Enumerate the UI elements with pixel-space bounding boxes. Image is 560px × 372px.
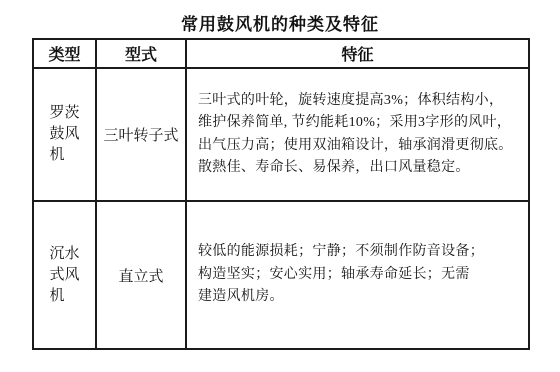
header-model: 型式 [96,39,186,68]
blower-features-text: 三叶式的叶轮，旋转速度提高3%；体积结构小， 维护保养简单, 节约能耗10%；采… [198,93,513,176]
cell-blower-type: 罗茨 鼓风 机 [33,68,96,201]
cell-blower-features: 三叶式的叶轮，旋转速度提高3%；体积结构小， 维护保养简单, 节约能耗10%；采… [186,68,529,201]
table-row-submersible-blower: 沉水 式风 机 直立式 较低的能源损耗；宁静；不须制作防音设备； 构造坚实；安心… [33,201,529,349]
blower-features-text: 较低的能源损耗；宁静；不须制作防音设备； 构造坚实；安心实用；轴承寿命延长；无需… [198,244,484,304]
cell-blower-type: 沉水 式风 机 [33,201,96,349]
table-title: 常用鼓风机的种类及特征 [0,10,560,35]
blower-type-label: 沉水 式风 机 [49,244,79,307]
header-features: 特征 [186,39,529,68]
blower-type-label: 罗茨 鼓风 机 [49,103,79,166]
cell-blower-model: 直立式 [96,201,186,349]
header-row: 类型 型式 特征 [33,39,529,68]
blower-table: 类型 型式 特征 罗茨 鼓风 机 三叶转子式 三叶式的叶轮，旋转速度提高3%；体… [32,38,530,350]
document-page: 常用鼓风机的种类及特征 类型 型式 特征 罗茨 鼓风 机 三叶转子式 三叶式的叶… [0,0,560,372]
cell-blower-model: 三叶转子式 [96,68,186,201]
header-type: 类型 [33,39,96,68]
table-row-roots-blower: 罗茨 鼓风 机 三叶转子式 三叶式的叶轮，旋转速度提高3%；体积结构小， 维护保… [33,68,529,201]
cell-blower-features: 较低的能源损耗；宁静；不须制作防音设备； 构造坚实；安心实用；轴承寿命延长；无需… [186,201,529,349]
